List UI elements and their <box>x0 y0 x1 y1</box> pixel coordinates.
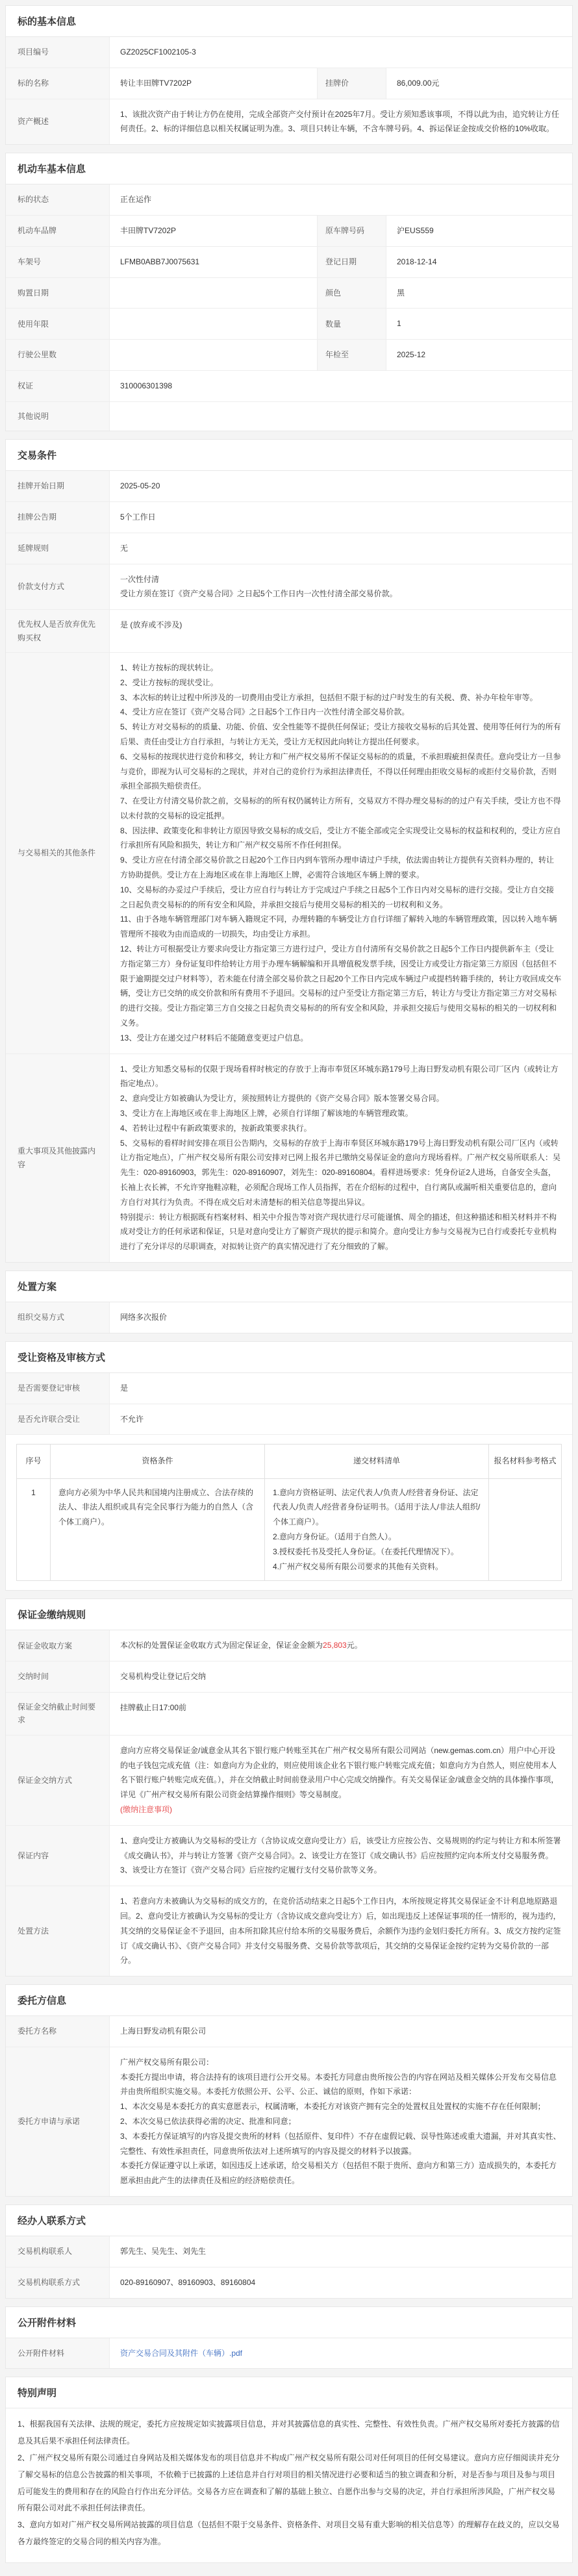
table-row: 委托方申请与承诺广州产权交易所有限公司：本委托方提出申请，将合法持有的该项目进行… <box>6 2047 572 2196</box>
text-line: LFMB0ABB7J0075631 <box>120 255 307 270</box>
text-line: (缴纳注意事项) <box>120 1802 562 1817</box>
field-label: 是否允许联合受让 <box>6 1404 110 1435</box>
field-value: 资产交易合同及其附件（车辆）.pdf <box>110 2338 572 2369</box>
field-value: 交易机构受让登记后交纳 <box>110 1661 572 1692</box>
text-line: 无 <box>120 541 562 556</box>
field-value: 2025-05-20 <box>110 471 572 501</box>
field-value: 网络多次报价 <box>110 1302 572 1333</box>
table-row: 车架号LFMB0ABB7J0075631登记日期2018-12-14 <box>6 247 572 278</box>
field-value: 2025-12 <box>386 340 572 370</box>
field-value: 1 <box>386 309 572 339</box>
field-label: 公开附件材料 <box>6 2338 110 2369</box>
field-value: 无 <box>110 533 572 564</box>
field-value: 1、转让方按标的现状转让。2、受让方按标的现状受让。3、本次标的转让过程中所涉及… <box>110 653 572 1054</box>
section-title: 处置方案 <box>6 1271 572 1302</box>
section-attachments: 公开附件材料公开附件材料资产交易合同及其附件（车辆）.pdf <box>5 2306 573 2369</box>
section-disposal-plan: 处置方案组织交易方式网络多次报价 <box>5 1270 573 1333</box>
field-label: 车架号 <box>6 247 110 277</box>
field-value: 挂牌截止日17:00前 <box>110 1693 572 1735</box>
text-line: 10、交易标的办妥过户手续后，受让方应自行与转让方于完成过户手续之日起5个工作日… <box>120 883 562 913</box>
field-value: 是 (放弃或不涉及) <box>110 610 572 652</box>
field-label: 交易机构联系人 <box>6 2236 110 2267</box>
text-line: 2025-05-20 <box>120 479 562 494</box>
column-header: 序号 <box>17 1445 51 1478</box>
text-line: 受让方须在签订《资产交易合同》之日起5个工作日内一次性付清全部交易价款。 <box>120 587 562 601</box>
field-value: 5个工作日 <box>110 502 572 533</box>
table-row: 使用年限数量1 <box>6 309 572 340</box>
text-line: 310006301398 <box>120 379 562 394</box>
text-line: 1、本次交易是本委托方的真实意愿表示，权属清晰，本委托方对该资产拥有完全的处置权… <box>120 2099 562 2114</box>
table-row: 权证310006301398 <box>6 371 572 402</box>
column-header: 报名材料参考格式 <box>489 1445 562 1478</box>
text-line: 12、转让方可根据受让方要求向受让方指定第三方进行过户，受让方自付清所有交易价款… <box>120 942 562 1031</box>
text-line: 13、受让方在递交过户材料后不能随意变更过户信息。 <box>120 1031 562 1046</box>
field-label: 保证金交纳截止时间要求 <box>6 1693 110 1735</box>
field-label: 优先权人是否放弃优先购买权 <box>6 610 110 652</box>
field-value <box>110 340 318 370</box>
table-row: 是否需要登记审核是 <box>6 1373 572 1404</box>
text-line: 网络多次报价 <box>120 1310 562 1325</box>
field-value: GZ2025CF1002105-3 <box>110 37 572 68</box>
text-line: 资产交易合同及其附件（车辆）.pdf <box>120 2346 562 2361</box>
field-label: 价款支付方式 <box>6 564 110 610</box>
field-label: 年检至 <box>318 340 386 370</box>
section-title: 交易条件 <box>6 440 572 471</box>
field-value: 转让丰田牌TV7202P <box>110 68 318 99</box>
text-line: 2018-12-14 <box>397 255 562 270</box>
table-row: 处置方法1、若意向方未被确认为交易标的成交方的，在竞价活动结束之日起5个工作日内… <box>6 1886 572 1976</box>
table-row: 延牌规则无 <box>6 533 572 564</box>
field-label: 机动车品牌 <box>6 216 110 246</box>
field-value: 1、意向受让方被确认为交易标的受让方（含协议成交意向受让方）后，该受让方应按公告… <box>110 1826 572 1886</box>
field-value: 86,009.00元 <box>386 68 572 99</box>
field-label: 标的名称 <box>6 68 110 99</box>
text-line: 意向方必须为中华人民共和国境内注册成立、合法存续的法人、非法人组织或具有完全民事… <box>58 1485 257 1530</box>
field-value: 1、该批次资产由于转让方仍在使用，完成全部资产交付预计在2025年7月。受让方须… <box>110 99 572 145</box>
table-cell: 意向方必须为中华人民共和国境内注册成立、合法存续的法人、非法人组织或具有完全民事… <box>51 1478 265 1581</box>
field-label: 组织交易方式 <box>6 1302 110 1333</box>
field-label: 挂牌价 <box>318 68 386 99</box>
text-line: 5、交易标的看样时间安排在项目公告期内，交易标的存放于上海市奉贤区环城东路179… <box>120 1136 562 1210</box>
text-line: 9、受让方应在付清全部交易价款之日起20个工作日内到车管所办理申请过户手续，依法… <box>120 853 562 883</box>
text-line: 1、意向受让方被确认为交易标的受让方（含协议成交意向受让方）后，该受让方应按公告… <box>120 1834 562 1878</box>
text-line: 特别提示：转让方根据既有档案材料、相关中介报告等对资产现状进行尽可能谨慎、周全的… <box>120 1210 562 1254</box>
field-label: 颜色 <box>318 278 386 309</box>
text-line: 3、本委托方保证填写的内容及提交贵所的材料（包括原件、复印件）不存在虚假记载、误… <box>120 2129 562 2159</box>
qualification-table: 序号资格条件递交材料清单报名材料参考格式1意向方必须为中华人民共和国境内注册成立… <box>6 1435 572 1590</box>
field-label: 交易机构联系方式 <box>6 2267 110 2298</box>
text-line: 转让丰田牌TV7202P <box>120 76 307 91</box>
text-line: 020-89160907、89160903、89160804 <box>120 2275 562 2290</box>
column-header: 递交材料清单 <box>265 1445 489 1478</box>
table-row: 与交易相关的其他条件1、转让方按标的现状转让。2、受让方按标的现状受让。3、本次… <box>6 653 572 1054</box>
table-row: 保证金交纳方式意向方应将交易保证金/诚意金从其名下银行账户转账至其在广州产权交易… <box>6 1736 572 1826</box>
text-line: 交易机构受让登记后交纳 <box>120 1669 562 1684</box>
text-line: 8、因法律、政策变化和非转让方原因导致交易标的成交后，受让方不能全部或完全实现受… <box>120 824 562 853</box>
text-line: 沪EUS559 <box>397 223 562 238</box>
asset-listing-page: 标的基本信息项目编号GZ2025CF1002105-3标的名称转让丰田牌TV72… <box>0 0 578 2576</box>
text-line: 4.广州产权交易所有限公司要求的其他有关资料。 <box>273 1559 481 1574</box>
column-header: 资格条件 <box>51 1445 265 1478</box>
table-row: 其他说明 <box>6 402 572 431</box>
text-line: 2、广州产权交易所有限公司通过自身网站及相关媒体发布的项目信息并不构成广州产权交… <box>18 2450 560 2517</box>
table-row: 保证金收取方案本次标的处置保证金收取方式为固定保证金，保证金金额为25,803元… <box>6 1630 572 1661</box>
text-line: 2、受让方按标的现状受让。 <box>120 676 562 690</box>
field-value: LFMB0ABB7J0075631 <box>110 247 318 277</box>
field-value: 310006301398 <box>110 371 572 401</box>
text-line: 2、意向受让方如被确认为受让方，须按照转让方提供的《资产交易合同》版本签署交易合… <box>120 1091 562 1106</box>
text-line: 本委托方提出申请，将合法持有的该项目进行公开交易。本委托方同意由贵所按公告的内容… <box>120 2070 562 2100</box>
qualification-table-inner: 序号资格条件递交材料清单报名材料参考格式1意向方必须为中华人民共和国境内注册成立… <box>16 1444 562 1581</box>
table-row: 交易机构联系方式020-89160907、89160903、89160804 <box>6 2267 572 2298</box>
field-label: 项目编号 <box>6 37 110 68</box>
text-line: 上海日野发动机有限公司 <box>120 2024 562 2039</box>
table-row: 标的状态正在运作 <box>6 184 572 216</box>
field-label: 与交易相关的其他条件 <box>6 653 110 1054</box>
field-label: 行驶公里数 <box>6 340 110 370</box>
field-value <box>110 309 318 339</box>
text-segment: 元。 <box>347 1641 362 1650</box>
text-line: 1、该批次资产由于转让方仍在使用，完成全部资产交付预计在2025年7月。受让方须… <box>120 107 562 137</box>
text-line: 3、受让方在上海地区或在非上海地区上牌，必须自行详细了解该地的车辆管理政策。 <box>120 1106 562 1121</box>
section-vehicle-basic-info: 机动车基本信息标的状态正在运作机动车品牌丰田牌TV7202P原车牌号码沪EUS5… <box>5 153 573 431</box>
text-line: 3、本次标的转让过程中所涉及的一切费用由受让方承担，包括但不限于标的过户时发生的… <box>120 690 562 705</box>
field-value: 黑 <box>386 278 572 309</box>
table-row: 机动车品牌丰田牌TV7202P原车牌号码沪EUS559 <box>6 216 572 247</box>
field-value: 020-89160907、89160903、89160804 <box>110 2267 572 2298</box>
field-value: 郭先生、吴先生、刘先生 <box>110 2236 572 2267</box>
field-label: 挂牌公告期 <box>6 502 110 533</box>
field-label: 挂牌开始日期 <box>6 471 110 501</box>
table-row: 挂牌公告期5个工作日 <box>6 502 572 533</box>
field-label: 重大事项及其他披露内容 <box>6 1054 110 1262</box>
section-transferee-qualification: 受让资格及审核方式是否需要登记审核是是否允许联合受让不允许序号资格条件递交材料清… <box>5 1341 573 1591</box>
table-row: 组织交易方式网络多次报价 <box>6 1302 572 1333</box>
text-segment: 本次标的处置保证金收取方式为固定保证金，保证金金额为 <box>120 1641 323 1650</box>
field-label: 标的状态 <box>6 184 110 215</box>
section-consignor-info: 委托方信息委托方名称上海日野发动机有限公司委托方申请与承诺广州产权交易所有限公司… <box>5 1984 573 2197</box>
section-title: 特别声明 <box>6 2377 572 2408</box>
table-row: 优先权人是否放弃优先购买权是 (放弃或不涉及) <box>6 610 572 653</box>
field-label: 保证内容 <box>6 1826 110 1886</box>
field-label: 资产概述 <box>6 99 110 145</box>
section-deposit-rules: 保证金缴纳规则保证金收取方案本次标的处置保证金收取方式为固定保证金，保证金金额为… <box>5 1598 573 1976</box>
text-line: 6、交易标的按现状进行竞价和移交，转让方和广州产权交易所不保证交易标的的质量，不… <box>120 750 562 794</box>
field-value: 丰田牌TV7202P <box>110 216 318 246</box>
text-line: 1 <box>397 316 562 331</box>
section-title: 受让资格及审核方式 <box>6 1342 572 1373</box>
table-row: 交易机构联系人郭先生、吴先生、刘先生 <box>6 2236 572 2267</box>
table-cell: 1.意向方资格证明、法定代表人/负责人/经营者身份证、法定代表人/负责人/经营者… <box>265 1478 489 1581</box>
section-title: 经办人联系方式 <box>6 2205 572 2236</box>
text-line: 正在运作 <box>120 192 562 207</box>
table-row: 标的名称转让丰田牌TV7202P挂牌价86,009.00元 <box>6 68 572 99</box>
text-line: 2、本次交易已依法获得必需的决定、批准和同意； <box>120 2114 562 2129</box>
text-line: 11、由于各地车辆管理部门对车辆入籍规定不同，办理转籍的车辆受让方自行详细了解转… <box>120 912 562 942</box>
field-label: 原车牌号码 <box>318 216 386 246</box>
table-row: 1意向方必须为中华人民共和国境内注册成立、合法存续的法人、非法人组织或具有完全民… <box>17 1478 562 1581</box>
field-label: 购置日期 <box>6 278 110 309</box>
field-label: 交纳时间 <box>6 1661 110 1692</box>
statement-text: 1、根据我国有关法律、法规的规定，委托方应按规定如实披露项目信息，并对其披露信息… <box>6 2408 572 2562</box>
field-value: 广州产权交易所有限公司：本委托方提出申请，将合法持有的该项目进行公开交易。本委托… <box>110 2047 572 2196</box>
section-special-statement: 特别声明1、根据我国有关法律、法规的规定，委托方应按规定如实披露项目信息，并对其… <box>5 2377 573 2562</box>
text-line: 1、根据我国有关法律、法规的规定，委托方应按规定如实披露项目信息，并对其披露信息… <box>18 2416 560 2450</box>
table-row: 保证内容1、意向受让方被确认为交易标的受让方（含协议成交意向受让方）后，该受让方… <box>6 1826 572 1886</box>
field-label: 延牌规则 <box>6 533 110 564</box>
table-row: 资产概述1、该批次资产由于转让方仍在使用，完成全部资产交付预计在2025年7月。… <box>6 99 572 145</box>
section-subject-basic-info: 标的基本信息项目编号GZ2025CF1002105-3标的名称转让丰田牌TV72… <box>5 5 573 145</box>
section-title: 标的基本信息 <box>6 6 572 37</box>
section-title: 委托方信息 <box>6 1985 572 2016</box>
text-line: 挂牌截止日17:00前 <box>120 1700 562 1715</box>
field-value: 本次标的处置保证金收取方式为固定保证金，保证金金额为25,803元。 <box>110 1630 572 1661</box>
field-value: 一次性付清受让方须在签订《资产交易合同》之日起5个工作日内一次性付清全部交易价款… <box>110 564 572 610</box>
text-line: 是 <box>120 1381 562 1396</box>
field-label: 保证金收取方案 <box>6 1630 110 1661</box>
text-line: 不允许 <box>120 1412 562 1427</box>
table-cell <box>489 1478 562 1581</box>
field-value: 意向方应将交易保证金/诚意金从其名下银行账户转账至其在广州产权交易所有限公司网站… <box>110 1736 572 1825</box>
text-line: 1.意向方资格证明、法定代表人/负责人/经营者身份证、法定代表人/负责人/经营者… <box>273 1485 481 1530</box>
table-row: 挂牌开始日期2025-05-20 <box>6 471 572 502</box>
text-line: 2025-12 <box>397 347 562 362</box>
field-value: 沪EUS559 <box>386 216 572 246</box>
field-label: 数量 <box>318 309 386 339</box>
text-line: 3、意向方如对广州产权交易所网站披露的项目信息（包括但不限于交易条件、资格条件、… <box>18 2517 560 2551</box>
field-value: 正在运作 <box>110 184 572 215</box>
text-line: 一次性付清 <box>120 572 562 587</box>
text-line: 3.授权委托书及受托人身份证。（在委托代理情况下）。 <box>273 1545 481 1559</box>
field-label: 使用年限 <box>6 309 110 339</box>
field-value: 1、若意向方未被确认为交易标的成交方的，在竞价活动结束之日起5个工作日内，本所按… <box>110 1886 572 1976</box>
text-line <box>497 1485 553 1493</box>
text-line: 5、转让方对交易标的的质量、功能、价值、安全性能等不提供任何保证；受让方接收交易… <box>120 720 562 750</box>
table-header-row: 序号资格条件递交材料清单报名材料参考格式 <box>17 1445 562 1478</box>
field-label: 委托方申请与承诺 <box>6 2047 110 2196</box>
payment-notice-link[interactable]: (缴纳注意事项) <box>120 1805 172 1814</box>
field-value <box>110 402 572 431</box>
table-row: 委托方名称上海日野发动机有限公司 <box>6 2016 572 2047</box>
section-title: 公开附件材料 <box>6 2307 572 2338</box>
text-line: 5个工作日 <box>120 510 562 525</box>
text-line: 郭先生、吴先生、刘先生 <box>120 2244 562 2259</box>
section-contact-info: 经办人联系方式交易机构联系人郭先生、吴先生、刘先生交易机构联系方式020-891… <box>5 2204 573 2299</box>
field-label: 登记日期 <box>318 247 386 277</box>
text-line: 4、若转让过程中有新政策要求的，按新政策要求执行。 <box>120 1121 562 1136</box>
table-row: 是否允许联合受让不允许 <box>6 1404 572 1435</box>
field-label: 其他说明 <box>6 402 110 431</box>
table-row: 项目编号GZ2025CF1002105-3 <box>6 37 572 68</box>
table-row: 行驶公里数年检至2025-12 <box>6 340 572 371</box>
field-value: 上海日野发动机有限公司 <box>110 2016 572 2047</box>
text-line: 本次标的处置保证金收取方式为固定保证金，保证金金额为25,803元。 <box>120 1638 562 1653</box>
text-line: 7、在受让方付清交易价款之前，交易标的的所有权仍属转让方所有，交易双方不得办理交… <box>120 794 562 824</box>
text-line: 1、受让方知悉交易标的仅限于现场看样时核定的存放于上海市奉贤区环城东路179号上… <box>120 1062 562 1092</box>
field-value: 不允许 <box>110 1404 572 1435</box>
text-line: 本委托方保证遵守以上承诺，如因违反上述承诺，给交易相关方（包括但不限于贵所、意向… <box>120 2158 562 2188</box>
field-value <box>110 278 318 309</box>
text-line: GZ2025CF1002105-3 <box>120 45 562 60</box>
table-cell: 1 <box>17 1478 51 1581</box>
field-label: 处置方法 <box>6 1886 110 1976</box>
text-line: 1 <box>25 1485 42 1500</box>
text-line: 4、受让方应在签订《资产交易合同》之日起5个工作日内一次性付清全部交易价款。 <box>120 705 562 720</box>
section-title: 保证金缴纳规则 <box>6 1599 572 1630</box>
section-title: 机动车基本信息 <box>6 153 572 184</box>
field-value: 2018-12-14 <box>386 247 572 277</box>
field-label: 权证 <box>6 371 110 401</box>
table-row: 保证金交纳截止时间要求挂牌截止日17:00前 <box>6 1693 572 1736</box>
text-line: 1、转让方按标的现状转让。 <box>120 661 562 676</box>
text-line: 丰田牌TV7202P <box>120 223 307 238</box>
field-label: 委托方名称 <box>6 2016 110 2047</box>
text-line: 意向方应将交易保证金/诚意金从其名下银行账户转账至其在广州产权交易所有限公司网站… <box>120 1743 562 1802</box>
table-row: 交纳时间交易机构受让登记后交纳 <box>6 1661 572 1693</box>
field-label: 保证金交纳方式 <box>6 1736 110 1825</box>
attachment-link[interactable]: 资产交易合同及其附件（车辆）.pdf <box>120 2349 242 2358</box>
text-segment: 25,803 <box>323 1641 347 1650</box>
field-value: 1、受让方知悉交易标的仅限于现场看样时核定的存放于上海市奉贤区环城东路179号上… <box>110 1054 572 1262</box>
text-line: 86,009.00元 <box>397 76 562 91</box>
field-label: 是否需要登记审核 <box>6 1373 110 1404</box>
table-row: 重大事项及其他披露内容1、受让方知悉交易标的仅限于现场看样时核定的存放于上海市奉… <box>6 1054 572 1262</box>
text-line: 黑 <box>397 286 562 301</box>
table-row: 购置日期颜色黑 <box>6 278 572 309</box>
text-line: 1、若意向方未被确认为交易标的成交方的，在竞价活动结束之日起5个工作日内，本所按… <box>120 1894 562 1968</box>
table-row: 公开附件材料资产交易合同及其附件（车辆）.pdf <box>6 2338 572 2369</box>
text-line: 广州产权交易所有限公司： <box>120 2055 562 2070</box>
text-line: 2.意向方身份证。（适用于自然人）。 <box>273 1530 481 1545</box>
text-line: 是 (放弃或不涉及) <box>120 618 562 633</box>
section-trade-conditions: 交易条件挂牌开始日期2025-05-20挂牌公告期5个工作日延牌规则无价款支付方… <box>5 439 573 1263</box>
table-row: 价款支付方式一次性付清受让方须在签订《资产交易合同》之日起5个工作日内一次性付清… <box>6 564 572 611</box>
field-value: 是 <box>110 1373 572 1404</box>
